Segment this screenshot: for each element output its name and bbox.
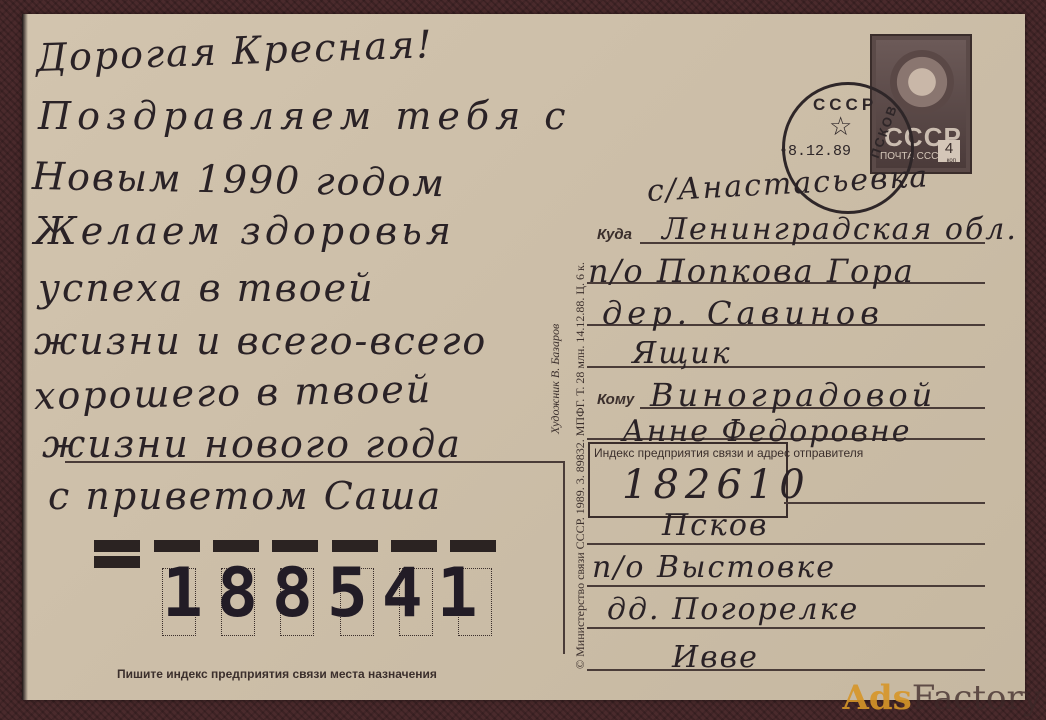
to-whom-label: Кому — [597, 391, 634, 408]
to-where-line-3: п/о Попкова Гора — [588, 252, 915, 290]
message-line-4: Желаем здоровья — [34, 209, 455, 253]
sender-line-text-1: Псков — [662, 508, 768, 543]
sender-line-2 — [587, 585, 985, 587]
sender-line-text-2: п/о Выстовке — [592, 550, 836, 585]
message-divider — [65, 461, 565, 463]
zip-caption: Пишите индекс предприятия связи места на… — [117, 667, 437, 681]
sender-line-4 — [587, 669, 985, 671]
postcard: Дорогая Кресная! Поздравляем тебя с Новы… — [22, 14, 1025, 700]
sender-line-text-4: Ивве — [672, 640, 759, 675]
to-whom-line-1: Виноградовой — [650, 376, 936, 414]
to-where-line-4: дер. Савинов — [602, 294, 884, 332]
publisher-imprint: © Министерство связи СССР. 1989. 3. 8983… — [573, 262, 588, 669]
sender-line-3 — [587, 627, 985, 629]
star-icon: ☆ — [829, 111, 852, 142]
to-where-line-1: с/Анастасьевка — [646, 159, 930, 209]
to-where-line-2: Ленинградская обл. — [662, 212, 1018, 247]
to-where-label: Куда — [597, 226, 632, 243]
sender-index: 182610 — [622, 462, 811, 508]
message-line-9: с приветом Саша — [48, 474, 442, 518]
message-line-5: успеха в твоей — [38, 266, 375, 310]
message-frame-right — [563, 461, 565, 654]
message-line-1: Дорогая Кресная! — [35, 22, 434, 80]
stamp-unit: коп — [947, 158, 956, 164]
postmark-date: •8.12.89 — [779, 143, 851, 160]
to-where-line-5: Ящик — [632, 336, 732, 371]
watermark-logo: AdsFactory — [843, 678, 1043, 718]
message-line-6: жизни и всего-всего — [34, 319, 487, 363]
ussr-emblem-icon — [890, 50, 954, 114]
message-line-8: жизни нового года — [42, 422, 462, 466]
sender-caption: Индекс предприятия связи и адрес отправи… — [594, 446, 863, 460]
sender-line-1 — [587, 543, 985, 545]
message-line-2: Поздравляем тебя с — [38, 94, 572, 138]
zip-code-value: 188541 — [162, 554, 492, 633]
artist-credit: Художник В. Базаров — [548, 324, 563, 434]
message-line-7: хорошего в твоей — [34, 367, 433, 418]
sender-line-0 — [784, 502, 985, 504]
message-line-3: Новым 1990 годом — [32, 154, 447, 205]
sender-line-text-3: дд. Погорелке — [607, 592, 859, 627]
